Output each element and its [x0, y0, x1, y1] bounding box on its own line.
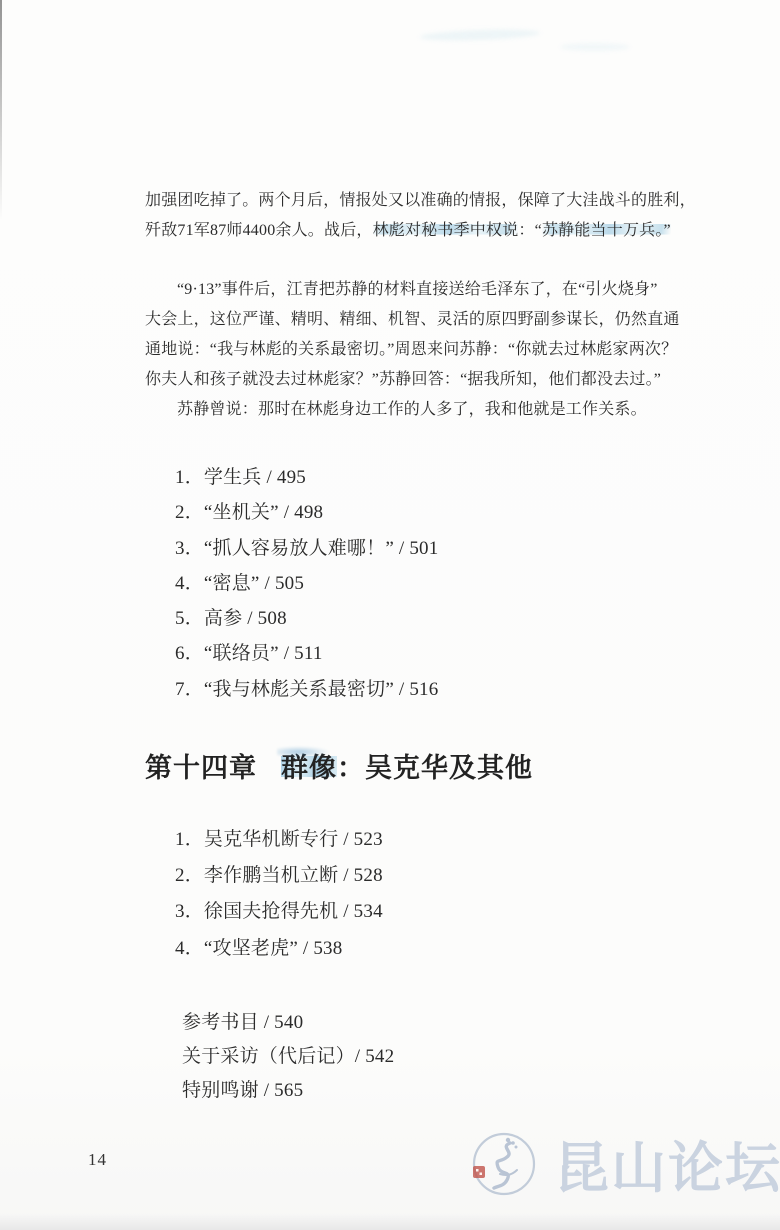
- text-line: 大会上，这位严谨、精明、精细、机智、灵活的原四野副参谋长，仍然直通: [145, 305, 680, 335]
- chapter-heading: 第十四章群像：吴克华及其他: [145, 750, 533, 786]
- pen-marked-text: 林彪对秘书季中权说: [373, 222, 519, 239]
- toc-item: 1．吴克华机断专行 / 523: [175, 822, 383, 858]
- toc-item: 参考书目 / 540: [182, 1006, 394, 1040]
- toc-item: 3．徐国夫抢得先机 / 534: [175, 894, 383, 930]
- scanned-book-page: 加强团吃掉了。两个月后，情报处又以准确的情报，保障了大洼战斗的胜利，歼敌71军8…: [0, 0, 780, 1230]
- toc-item: 4．“攻坚老虎” / 538: [175, 931, 383, 967]
- text-line: 通地说：“我与林彪的关系最密切。”周恩来问苏静：“你就去过林彪家两次？: [145, 335, 680, 365]
- toc-list-chapter14: 1．吴克华机断专行 / 5232．李作鹏当机立断 / 5283．徐国夫抢得先机 …: [175, 822, 383, 967]
- toc-list-backmatter: 参考书目 / 540关于采访（代后记）/ 542特别鸣谢 / 565: [182, 1006, 394, 1108]
- page-number: 14: [88, 1150, 107, 1170]
- paragraph-battle-intelligence: 加强团吃掉了。两个月后，情报处又以准确的情报，保障了大洼战斗的胜利，歼敌71军8…: [145, 186, 696, 246]
- toc-item: 7．“我与林彪关系最密切” / 516: [175, 672, 438, 707]
- paragraph-sujing-quote: 苏静曾说：那时在林彪身边工作的人多了，我和他就是工作关系。: [145, 395, 647, 425]
- text-line: 歼敌71军87师4400余人。战后，林彪对秘书季中权说：“苏静能当十万兵。”: [145, 216, 696, 246]
- paragraph-913-incident: “9·13”事件后，江青把苏静的材料直接送给毛泽东了，在“引火烧身”大会上，这位…: [145, 275, 680, 395]
- text-segment: 大会上，这位严谨、精明、精细、机智、灵活的原四野副参谋长，仍然直通: [145, 311, 680, 328]
- toc-item: 特别鸣谢 / 565: [182, 1074, 394, 1108]
- toc-item: 2．李作鹏当机立断 / 528: [175, 858, 383, 894]
- text-line: 你夫人和孩子就没去过林彪家？”苏静回答：“据我所知，他们都没去过。”: [145, 365, 680, 395]
- watermark: 昆山论坛: [470, 1124, 780, 1203]
- text-line: 苏静曾说：那时在林彪身边工作的人多了，我和他就是工作关系。: [145, 395, 647, 425]
- text-line: “9·13”事件后，江青把苏静的材料直接送给毛泽东了，在“引火烧身”: [145, 275, 680, 305]
- toc-item: 4．“密息” / 505: [175, 566, 438, 601]
- seal-icon: [473, 1166, 485, 1178]
- text-segment: “9·13”事件后，江青把苏静的材料直接送给毛泽东了，在“引火烧身”: [177, 281, 658, 298]
- toc-item: 1．学生兵 / 495: [175, 460, 438, 495]
- text-segment: 歼敌71军87师4400余人。战后，: [145, 222, 373, 239]
- chapter-number: 第十四章: [145, 753, 257, 783]
- text-line: 加强团吃掉了。两个月后，情报处又以准确的情报，保障了大洼战斗的胜利，: [145, 186, 696, 216]
- text-segment: 苏静曾说：那时在林彪身边工作的人多了，我和他就是工作关系。: [177, 401, 647, 418]
- text-segment: 加强团吃掉了。两个月后，情报处又以准确的情报，保障了大洼战斗的胜利，: [145, 192, 696, 209]
- toc-item: 2．“坐机关” / 498: [175, 495, 438, 530]
- text-segment: ：“: [518, 222, 542, 239]
- ink-bleed-smudge: [420, 28, 540, 42]
- pen-marked-text: 苏静能当十万兵。”: [542, 222, 671, 239]
- chapter-title-rest: ：吴克华及其他: [337, 753, 533, 783]
- ink-bleed-smudge: [560, 43, 630, 51]
- scan-edge-shadow: [0, 0, 2, 220]
- chapter-title-marked-word: 群像: [281, 753, 337, 783]
- watermark-text: 昆山论坛: [554, 1124, 780, 1203]
- scan-bottom-band: [0, 1214, 780, 1230]
- toc-item: 5．高参 / 508: [175, 601, 438, 636]
- toc-item: 3．“抓人容易放人难哪！” / 501: [175, 531, 438, 566]
- toc-item: 关于采访（代后记）/ 542: [182, 1040, 394, 1074]
- toc-item: 6．“联络员” / 511: [175, 636, 438, 671]
- text-segment: 通地说：“我与林彪的关系最密切。”周恩来问苏静：“你就去过林彪家两次？: [145, 341, 677, 358]
- forum-logo-icon: [470, 1130, 538, 1198]
- text-segment: 你夫人和孩子就没去过林彪家？”苏静回答：“据我所知，他们都没去过。”: [145, 371, 661, 388]
- toc-list-chapter13: 1．学生兵 / 4952．“坐机关” / 4983．“抓人容易放人难哪！” / …: [175, 460, 438, 707]
